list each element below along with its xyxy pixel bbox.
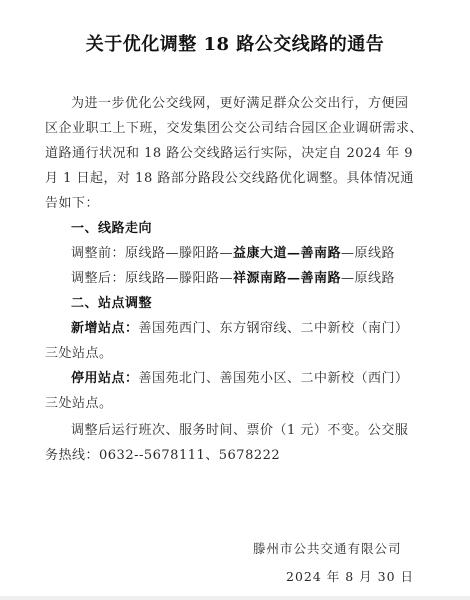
removed-stops-text: 善国苑北门、善国苑小区、二中新校（西门） bbox=[139, 371, 409, 386]
notice-title: 关于优化调整 18 路公交线路的通告 bbox=[0, 30, 470, 56]
intro-line-2: 区企业职工上下班，交发集团公交公司结合园区企业调研需求、 bbox=[45, 117, 423, 136]
closing-line-1: 调整后运行班次、服务时间、票价（1 元）不变。公交服 bbox=[71, 419, 408, 438]
intro-line-1: 为进一步优化公交线网，更好满足群众公交出行，方便园 bbox=[71, 92, 409, 111]
route-before-seg1: 原线路—滕阳路— bbox=[125, 246, 233, 261]
removed-stops-cont: 三处站点。 bbox=[45, 392, 113, 411]
intro-line-3: 道路通行状况和 18 路公交线路运行实际，决定自 2024 年 9 bbox=[45, 142, 413, 161]
route-after-label: 调整后： bbox=[71, 271, 125, 286]
added-stops: 新增站点：善国苑西门、东方钢帘线、二中新校（南门） bbox=[71, 317, 409, 336]
intro-line-5: 告如下： bbox=[45, 192, 99, 211]
signature-date: 2024 年 8 月 30 日 bbox=[286, 567, 414, 585]
bottom-edge bbox=[0, 596, 470, 600]
route-before: 调整前：原线路—滕阳路—益康大道—善南路—原线路 bbox=[71, 242, 395, 261]
section-stops-heading: 二、站点调整 bbox=[71, 292, 152, 311]
removed-stops-label: 停用站点： bbox=[71, 371, 139, 386]
route-before-seg2: —原线路 bbox=[341, 246, 395, 261]
route-after-changed: 祥源南路—善南路 bbox=[233, 271, 341, 286]
added-stops-text: 善国苑西门、东方钢帘线、二中新校（南门） bbox=[139, 321, 409, 336]
added-stops-label: 新增站点： bbox=[71, 321, 139, 336]
route-after-seg2: —原线路 bbox=[341, 271, 395, 286]
signature-company: 滕州市公共交通有限公司 bbox=[253, 539, 402, 557]
route-after: 调整后：原线路—滕阳路—祥源南路—善南路—原线路 bbox=[71, 267, 395, 286]
removed-stops: 停用站点：善国苑北门、善国苑小区、二中新校（西门） bbox=[71, 367, 409, 386]
section-route-heading: 一、线路走向 bbox=[71, 217, 152, 236]
route-before-changed: 益康大道—善南路 bbox=[233, 246, 341, 261]
added-stops-cont: 三处站点。 bbox=[45, 342, 113, 361]
closing-line-2: 务热线：0632--5678111、5678222 bbox=[45, 444, 280, 463]
route-before-label: 调整前： bbox=[71, 246, 125, 261]
intro-line-4: 月 1 日起，对 18 路部分路段公交线路优化调整。具体情况通 bbox=[45, 167, 414, 186]
route-after-seg1: 原线路—滕阳路— bbox=[125, 271, 233, 286]
